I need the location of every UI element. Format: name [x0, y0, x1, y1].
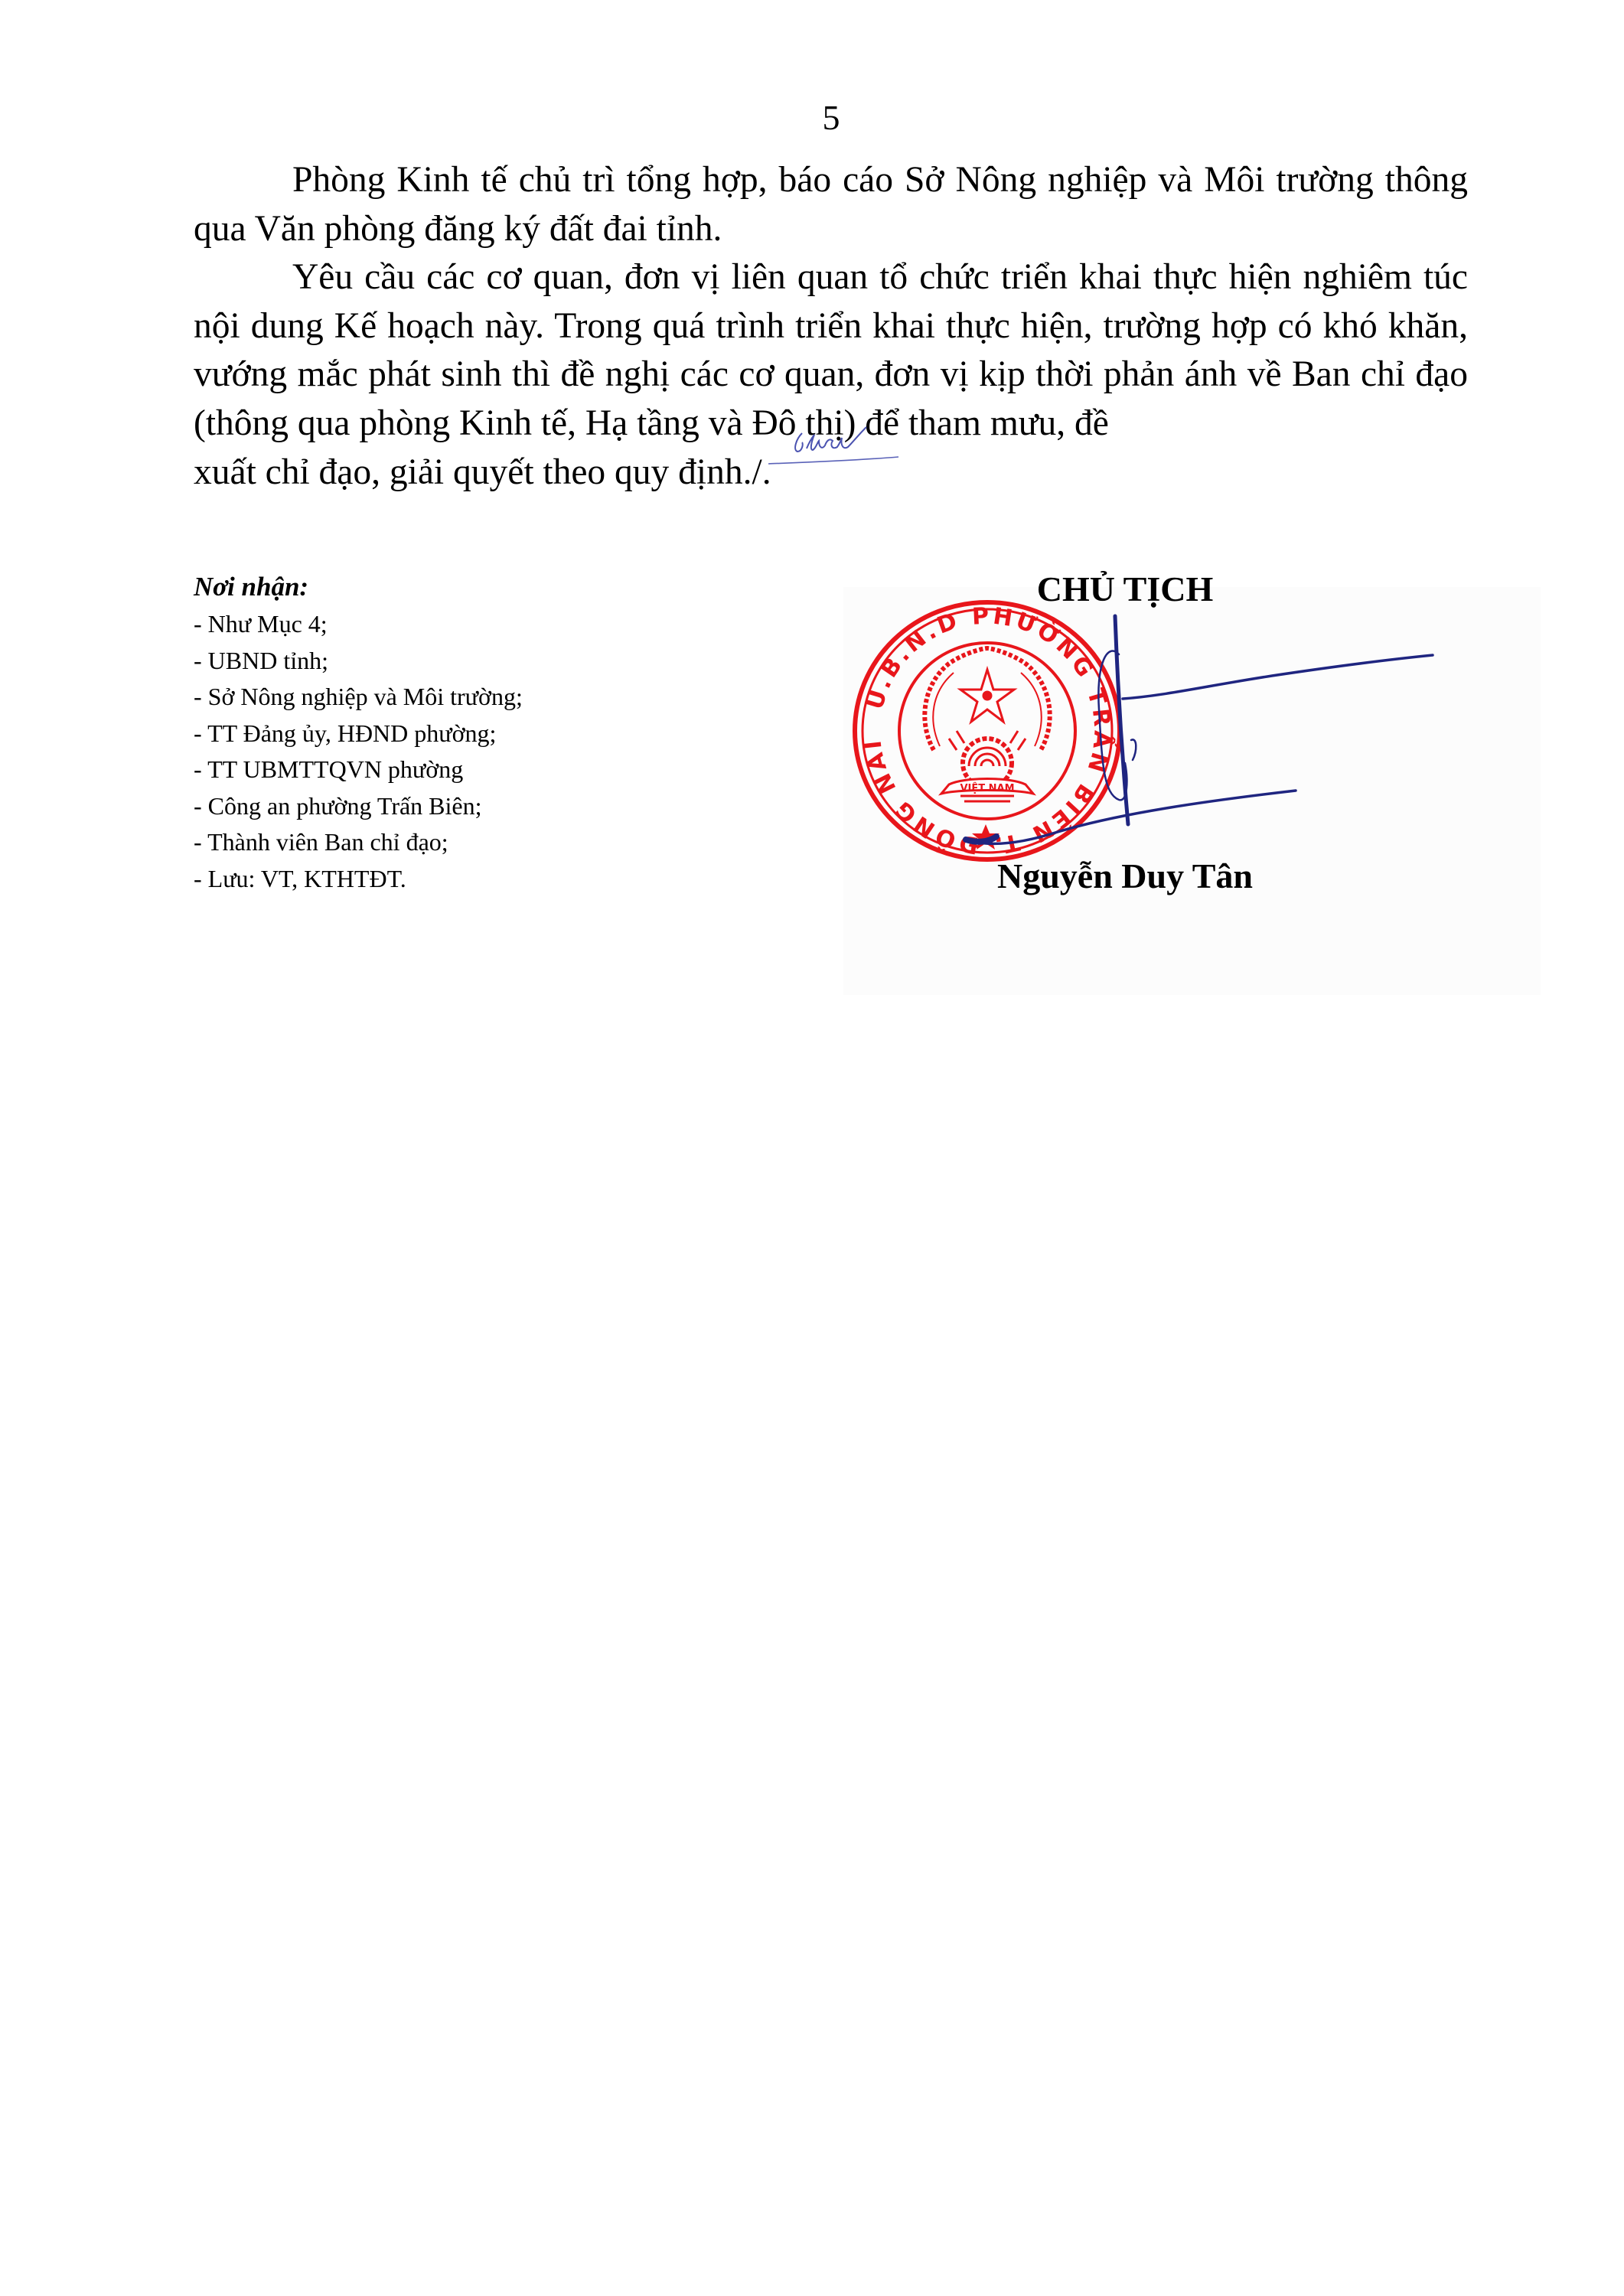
recipient-item: - Lưu: VT, KTHTĐT. [194, 861, 523, 898]
recipient-item: - Thành viên Ban chỉ đạo; [194, 824, 523, 861]
national-emblem-icon [925, 648, 1049, 801]
recipient-item: - Sở Nông nghiệp và Môi trường; [194, 679, 523, 716]
final-line-text: xuất chỉ đạo, giải quyết theo quy định./… [194, 452, 771, 492]
document-page: 5 Phòng Kinh tế chủ trì tổng hợp, báo cá… [0, 0, 1624, 2296]
recipient-item: - Công an phường Trấn Biên; [194, 788, 523, 825]
signer-name: Nguyễn Duy Tân [934, 853, 1316, 899]
emblem-ribbon-text: VIỆT NAM [960, 782, 1014, 794]
recipient-item: - UBND tỉnh; [194, 643, 523, 680]
official-seal-icon: U.B.N.D PHƯỜNG TRẤN BIÊN T. ĐỒNG NAI VIỆ… [850, 593, 1125, 869]
page-number: 5 [793, 95, 869, 141]
recipient-item: - Như Mục 4; [194, 606, 523, 643]
recipient-item: - TT Đảng ủy, HĐND phường; [194, 716, 523, 752]
recipient-item: - TT UBMTTQVN phường [194, 752, 523, 788]
body-text: Phòng Kinh tế chủ trì tổng hợp, báo cáo … [194, 156, 1468, 497]
recipients-title: Nơi nhận: [194, 568, 523, 606]
paragraph-report: Phòng Kinh tế chủ trì tổng hợp, báo cáo … [194, 156, 1468, 253]
recipients-block: Nơi nhận: - Như Mục 4; - UBND tỉnh; - Sở… [194, 568, 523, 897]
initials-signature-icon [776, 453, 906, 484]
paragraph-request: Yêu cầu các cơ quan, đơn vị liên quan tổ… [194, 253, 1468, 448]
signer-position-title: CHỦ TỊCH [953, 566, 1297, 612]
recipients-list: - Như Mục 4; - UBND tỉnh; - Sở Nông nghi… [194, 606, 523, 897]
final-line: xuất chỉ đạo, giải quyết theo quy định./… [194, 448, 1468, 497]
paragraph-request-text: Yêu cầu các cơ quan, đơn vị liên quan tổ… [194, 257, 1468, 443]
